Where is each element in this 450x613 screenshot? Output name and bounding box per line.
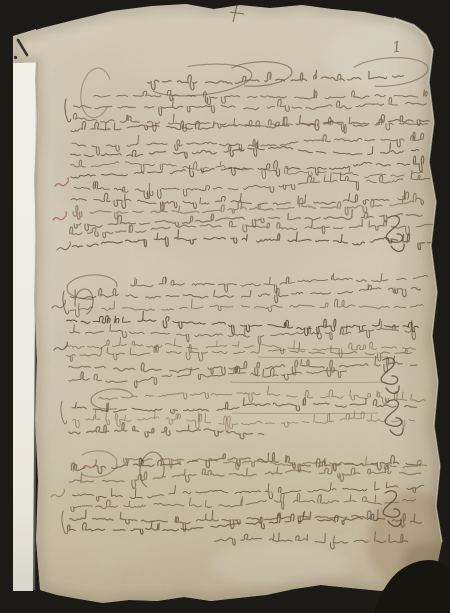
- paper-grain-texture: [0, 0, 450, 613]
- manuscript-scan: 1: [0, 0, 450, 613]
- manuscript-photo: 1: [0, 0, 450, 613]
- corner-mark-dot: [14, 56, 17, 59]
- paper-surface: 1: [0, 0, 450, 613]
